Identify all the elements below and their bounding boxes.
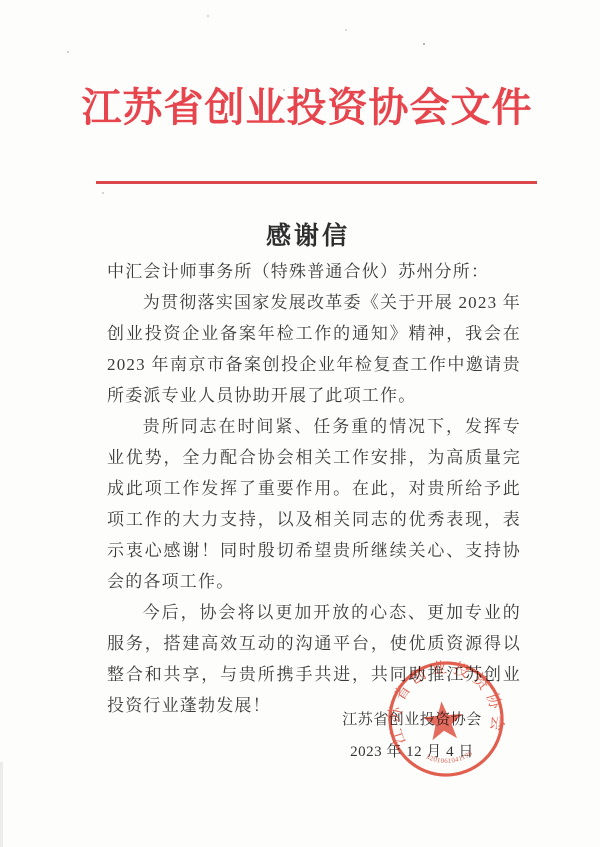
body-paragraph: 贵所同志在时间紧、任务重的情况下，发挥专业优势，全力配合协会相关工作安排，为高质… xyxy=(107,411,521,597)
svg-text:3201061041198: 3201061041198 xyxy=(424,749,474,767)
official-seal-stamp: 江苏省创业投资协会 3201061041198 xyxy=(384,657,508,781)
seal-arc-text: 江苏省创业投资协会 xyxy=(384,657,508,747)
letter-body: 中汇会计师事务所（特殊普通合伙）苏州分所： 为贯彻落实国家发展改革委《关于开展 … xyxy=(107,256,521,721)
scan-specks xyxy=(0,0,2,2)
letter-title: 感谢信 xyxy=(0,216,600,252)
body-paragraph: 为贯彻落实国家发展改革委《关于开展 2023 年创业投资企业备案年检工作的通知》… xyxy=(107,287,521,411)
red-divider-line xyxy=(96,181,537,184)
svg-text:江苏省创业投资协会: 江苏省创业投资协会 xyxy=(384,657,508,747)
scan-edge-artifact xyxy=(0,762,3,847)
seal-star xyxy=(422,700,465,741)
seal-serial-number: 3201061041198 xyxy=(424,749,474,767)
letter-page: 江苏省创业投资协会文件 感谢信 中汇会计师事务所（特殊普通合伙）苏州分所： 为贯… xyxy=(0,0,600,847)
salutation-line: 中汇会计师事务所（特殊普通合伙）苏州分所： xyxy=(107,256,521,287)
document-header-title: 江苏省创业投资协会文件 xyxy=(0,76,600,133)
